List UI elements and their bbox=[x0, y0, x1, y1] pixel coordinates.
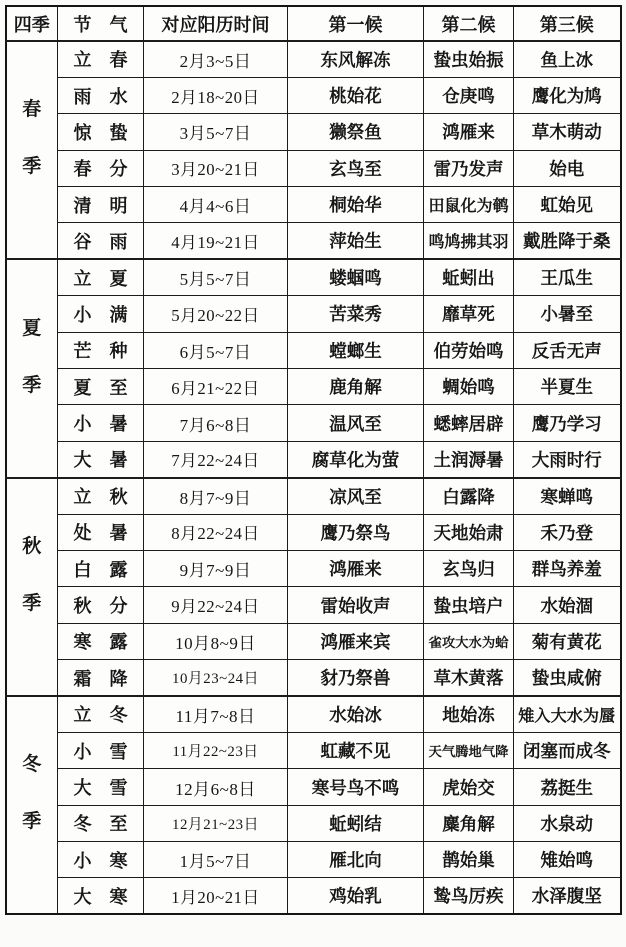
table-row: 白 露9月7~9日鸿雁来玄鸟归群鸟养羞 bbox=[6, 550, 621, 586]
season-char: 冬 bbox=[22, 749, 41, 776]
third-pentad-cell: 蛰虫咸俯 bbox=[514, 660, 621, 696]
date-cell: 2月3~5日 bbox=[144, 41, 288, 77]
third-pentad-cell: 大雨时行 bbox=[514, 441, 621, 477]
second-pentad-cell: 蛰虫始振 bbox=[424, 41, 514, 77]
season-char: 秋 bbox=[22, 531, 41, 558]
first-pentad-cell: 桃始花 bbox=[288, 77, 424, 113]
date-cell: 7月6~8日 bbox=[144, 405, 288, 441]
term-cell: 白 露 bbox=[58, 550, 144, 586]
first-pentad-cell: 水始冰 bbox=[288, 696, 424, 732]
first-pentad-cell: 凉风至 bbox=[288, 478, 424, 514]
season-cell: 夏季 bbox=[6, 259, 58, 477]
table-row: 谷 雨4月19~21日萍始生鸣鸠拂其羽戴胜降于桑 bbox=[6, 223, 621, 259]
table-row: 秋 分9月22~24日雷始收声蛰虫培户水始涸 bbox=[6, 587, 621, 623]
date-cell: 1月5~7日 bbox=[144, 842, 288, 878]
second-pentad-cell: 玄鸟归 bbox=[424, 550, 514, 586]
third-pentad-cell: 水泉动 bbox=[514, 805, 621, 841]
term-cell: 立 夏 bbox=[58, 259, 144, 295]
second-pentad-cell: 鹊始巢 bbox=[424, 842, 514, 878]
table-row: 小 暑7月6~8日温风至蟋蟀居辟鹰乃学习 bbox=[6, 405, 621, 441]
season-char: 春 bbox=[22, 94, 41, 121]
first-pentad-cell: 苦菜秀 bbox=[288, 296, 424, 332]
second-pentad-cell: 蜩始鸣 bbox=[424, 369, 514, 405]
second-pentad-cell: 白露降 bbox=[424, 478, 514, 514]
date-cell: 1月20~21日 bbox=[144, 878, 288, 914]
term-cell: 春 分 bbox=[58, 150, 144, 186]
third-pentad-cell: 群鸟养羞 bbox=[514, 550, 621, 586]
second-pentad-cell: 蛰虫培户 bbox=[424, 587, 514, 623]
third-pentad-cell: 小暑至 bbox=[514, 296, 621, 332]
date-cell: 9月7~9日 bbox=[144, 550, 288, 586]
first-pentad-cell: 桐始华 bbox=[288, 187, 424, 223]
date-cell: 11月7~8日 bbox=[144, 696, 288, 732]
date-cell: 4月4~6日 bbox=[144, 187, 288, 223]
second-pentad-cell: 土润溽暑 bbox=[424, 441, 514, 477]
first-pentad-cell: 鹿角解 bbox=[288, 369, 424, 405]
table-row: 雨 水2月18~20日桃始花仓庚鸣鹰化为鸠 bbox=[6, 77, 621, 113]
second-pentad-cell: 鸷鸟厉疾 bbox=[424, 878, 514, 914]
second-pentad-cell: 虎始交 bbox=[424, 769, 514, 805]
date-cell: 5月20~22日 bbox=[144, 296, 288, 332]
second-pentad-cell: 靡草死 bbox=[424, 296, 514, 332]
table-row: 冬 至12月21~23日蚯蚓结麋角解水泉动 bbox=[6, 805, 621, 841]
term-cell: 冬 至 bbox=[58, 805, 144, 841]
first-pentad-cell: 蚯蚓结 bbox=[288, 805, 424, 841]
season-char: 夏 bbox=[22, 313, 41, 340]
term-cell: 立 春 bbox=[58, 41, 144, 77]
second-pentad-cell: 鸿雁来 bbox=[424, 114, 514, 150]
solar-terms-table: 四季 节 气 对应阳历时间 第一候 第二候 第三候 春季立 春2月3~5日东风解… bbox=[5, 5, 622, 915]
table-row: 霜 降10月23~24日豺乃祭兽草木黄落蛰虫咸俯 bbox=[6, 660, 621, 696]
third-pentad-cell: 雉入大水为蜃 bbox=[514, 696, 621, 732]
date-cell: 3月5~7日 bbox=[144, 114, 288, 150]
header-gregorian: 对应阳历时间 bbox=[144, 6, 288, 41]
date-cell: 6月5~7日 bbox=[144, 332, 288, 368]
third-pentad-cell: 雉始鸣 bbox=[514, 842, 621, 878]
third-pentad-cell: 半夏生 bbox=[514, 369, 621, 405]
table-row: 寒 露10月8~9日鸿雁来宾雀攻大水为蛤菊有黄花 bbox=[6, 623, 621, 659]
date-cell: 12月6~8日 bbox=[144, 769, 288, 805]
table-row: 冬季立 冬11月7~8日水始冰地始冻雉入大水为蜃 bbox=[6, 696, 621, 732]
third-pentad-cell: 虹始见 bbox=[514, 187, 621, 223]
season-cell: 春季 bbox=[6, 41, 58, 259]
term-cell: 秋 分 bbox=[58, 587, 144, 623]
first-pentad-cell: 温风至 bbox=[288, 405, 424, 441]
third-pentad-cell: 反舌无声 bbox=[514, 332, 621, 368]
date-cell: 11月22~23日 bbox=[144, 732, 288, 768]
term-cell: 雨 水 bbox=[58, 77, 144, 113]
first-pentad-cell: 东风解冻 bbox=[288, 41, 424, 77]
table-row: 惊 蛰3月5~7日獭祭鱼鸿雁来草木萌动 bbox=[6, 114, 621, 150]
table-row: 小 满5月20~22日苦菜秀靡草死小暑至 bbox=[6, 296, 621, 332]
table-row: 春季立 春2月3~5日东风解冻蛰虫始振鱼上冰 bbox=[6, 41, 621, 77]
season-cell: 冬季 bbox=[6, 696, 58, 914]
table-row: 大 雪12月6~8日寒号鸟不鸣虎始交荔挺生 bbox=[6, 769, 621, 805]
first-pentad-cell: 虹藏不见 bbox=[288, 732, 424, 768]
first-pentad-cell: 雷始收声 bbox=[288, 587, 424, 623]
table-row: 处 暑8月22~24日鹰乃祭鸟天地始肃禾乃登 bbox=[6, 514, 621, 550]
date-cell: 4月19~21日 bbox=[144, 223, 288, 259]
first-pentad-cell: 玄鸟至 bbox=[288, 150, 424, 186]
date-cell: 10月8~9日 bbox=[144, 623, 288, 659]
table-row: 小 寒1月5~7日雁北向鹊始巢雉始鸣 bbox=[6, 842, 621, 878]
table-body: 春季立 春2月3~5日东风解冻蛰虫始振鱼上冰雨 水2月18~20日桃始花仓庚鸣鹰… bbox=[6, 41, 621, 914]
first-pentad-cell: 獭祭鱼 bbox=[288, 114, 424, 150]
second-pentad-cell: 蚯蚓出 bbox=[424, 259, 514, 295]
term-cell: 芒 种 bbox=[58, 332, 144, 368]
season-char: 季 bbox=[22, 370, 41, 397]
term-cell: 大 雪 bbox=[58, 769, 144, 805]
third-pentad-cell: 始电 bbox=[514, 150, 621, 186]
header-solar-term: 节 气 bbox=[58, 6, 144, 41]
first-pentad-cell: 雁北向 bbox=[288, 842, 424, 878]
third-pentad-cell: 寒蝉鸣 bbox=[514, 478, 621, 514]
third-pentad-cell: 荔挺生 bbox=[514, 769, 621, 805]
date-cell: 8月22~24日 bbox=[144, 514, 288, 550]
first-pentad-cell: 豺乃祭兽 bbox=[288, 660, 424, 696]
first-pentad-cell: 鹰乃祭鸟 bbox=[288, 514, 424, 550]
table-row: 夏季立 夏5月5~7日蝼蝈鸣蚯蚓出王瓜生 bbox=[6, 259, 621, 295]
second-pentad-cell: 伯劳始鸣 bbox=[424, 332, 514, 368]
season-char: 季 bbox=[22, 151, 41, 178]
third-pentad-cell: 草木萌动 bbox=[514, 114, 621, 150]
second-pentad-cell: 麋角解 bbox=[424, 805, 514, 841]
date-cell: 7月22~24日 bbox=[144, 441, 288, 477]
first-pentad-cell: 鸿雁来 bbox=[288, 550, 424, 586]
table-row: 小 雪11月22~23日虹藏不见天气腾地气降闭塞而成冬 bbox=[6, 732, 621, 768]
header-seasons: 四季 bbox=[6, 6, 58, 41]
third-pentad-cell: 水始涸 bbox=[514, 587, 621, 623]
term-cell: 立 秋 bbox=[58, 478, 144, 514]
date-cell: 8月7~9日 bbox=[144, 478, 288, 514]
term-cell: 大 寒 bbox=[58, 878, 144, 914]
term-cell: 小 寒 bbox=[58, 842, 144, 878]
second-pentad-cell: 蟋蟀居辟 bbox=[424, 405, 514, 441]
date-cell: 9月22~24日 bbox=[144, 587, 288, 623]
first-pentad-cell: 螳螂生 bbox=[288, 332, 424, 368]
table-row: 大 暑7月22~24日腐草化为萤土润溽暑大雨时行 bbox=[6, 441, 621, 477]
term-cell: 惊 蛰 bbox=[58, 114, 144, 150]
term-cell: 谷 雨 bbox=[58, 223, 144, 259]
first-pentad-cell: 腐草化为萤 bbox=[288, 441, 424, 477]
table-row: 夏 至6月21~22日鹿角解蜩始鸣半夏生 bbox=[6, 369, 621, 405]
table-header: 四季 节 气 对应阳历时间 第一候 第二候 第三候 bbox=[6, 6, 621, 41]
second-pentad-cell: 天气腾地气降 bbox=[424, 732, 514, 768]
term-cell: 小 满 bbox=[58, 296, 144, 332]
table-row: 大 寒1月20~21日鸡始乳鸷鸟厉疾水泽腹坚 bbox=[6, 878, 621, 914]
third-pentad-cell: 鹰乃学习 bbox=[514, 405, 621, 441]
term-cell: 处 暑 bbox=[58, 514, 144, 550]
first-pentad-cell: 鸿雁来宾 bbox=[288, 623, 424, 659]
date-cell: 6月21~22日 bbox=[144, 369, 288, 405]
first-pentad-cell: 鸡始乳 bbox=[288, 878, 424, 914]
date-cell: 12月21~23日 bbox=[144, 805, 288, 841]
date-cell: 2月18~20日 bbox=[144, 77, 288, 113]
scanned-page: 四季 节 气 对应阳历时间 第一候 第二候 第三候 春季立 春2月3~5日东风解… bbox=[0, 0, 626, 947]
season-cell: 秋季 bbox=[6, 478, 58, 696]
third-pentad-cell: 鱼上冰 bbox=[514, 41, 621, 77]
table-row: 秋季立 秋8月7~9日凉风至白露降寒蝉鸣 bbox=[6, 478, 621, 514]
third-pentad-cell: 王瓜生 bbox=[514, 259, 621, 295]
term-cell: 霜 降 bbox=[58, 660, 144, 696]
season-char: 季 bbox=[22, 588, 41, 615]
term-cell: 清 明 bbox=[58, 187, 144, 223]
second-pentad-cell: 雀攻大水为蛤 bbox=[424, 623, 514, 659]
term-cell: 寒 露 bbox=[58, 623, 144, 659]
third-pentad-cell: 鹰化为鸠 bbox=[514, 77, 621, 113]
second-pentad-cell: 田鼠化为鹌 bbox=[424, 187, 514, 223]
header-third-pentad: 第三候 bbox=[514, 6, 621, 41]
term-cell: 大 暑 bbox=[58, 441, 144, 477]
term-cell: 小 暑 bbox=[58, 405, 144, 441]
second-pentad-cell: 草木黄落 bbox=[424, 660, 514, 696]
date-cell: 3月20~21日 bbox=[144, 150, 288, 186]
table-row: 芒 种6月5~7日螳螂生伯劳始鸣反舌无声 bbox=[6, 332, 621, 368]
term-cell: 小 雪 bbox=[58, 732, 144, 768]
term-cell: 夏 至 bbox=[58, 369, 144, 405]
first-pentad-cell: 蝼蝈鸣 bbox=[288, 259, 424, 295]
term-cell: 立 冬 bbox=[58, 696, 144, 732]
header-second-pentad: 第二候 bbox=[424, 6, 514, 41]
header-first-pentad: 第一候 bbox=[288, 6, 424, 41]
table-row: 春 分3月20~21日玄鸟至雷乃发声始电 bbox=[6, 150, 621, 186]
header-row: 四季 节 气 对应阳历时间 第一候 第二候 第三候 bbox=[6, 6, 621, 41]
third-pentad-cell: 菊有黄花 bbox=[514, 623, 621, 659]
date-cell: 5月5~7日 bbox=[144, 259, 288, 295]
season-char: 季 bbox=[22, 806, 41, 833]
third-pentad-cell: 戴胜降于桑 bbox=[514, 223, 621, 259]
third-pentad-cell: 禾乃登 bbox=[514, 514, 621, 550]
first-pentad-cell: 寒号鸟不鸣 bbox=[288, 769, 424, 805]
third-pentad-cell: 闭塞而成冬 bbox=[514, 732, 621, 768]
date-cell: 10月23~24日 bbox=[144, 660, 288, 696]
table-row: 清 明4月4~6日桐始华田鼠化为鹌虹始见 bbox=[6, 187, 621, 223]
second-pentad-cell: 雷乃发声 bbox=[424, 150, 514, 186]
second-pentad-cell: 天地始肃 bbox=[424, 514, 514, 550]
first-pentad-cell: 萍始生 bbox=[288, 223, 424, 259]
second-pentad-cell: 地始冻 bbox=[424, 696, 514, 732]
third-pentad-cell: 水泽腹坚 bbox=[514, 878, 621, 914]
second-pentad-cell: 仓庚鸣 bbox=[424, 77, 514, 113]
second-pentad-cell: 鸣鸠拂其羽 bbox=[424, 223, 514, 259]
